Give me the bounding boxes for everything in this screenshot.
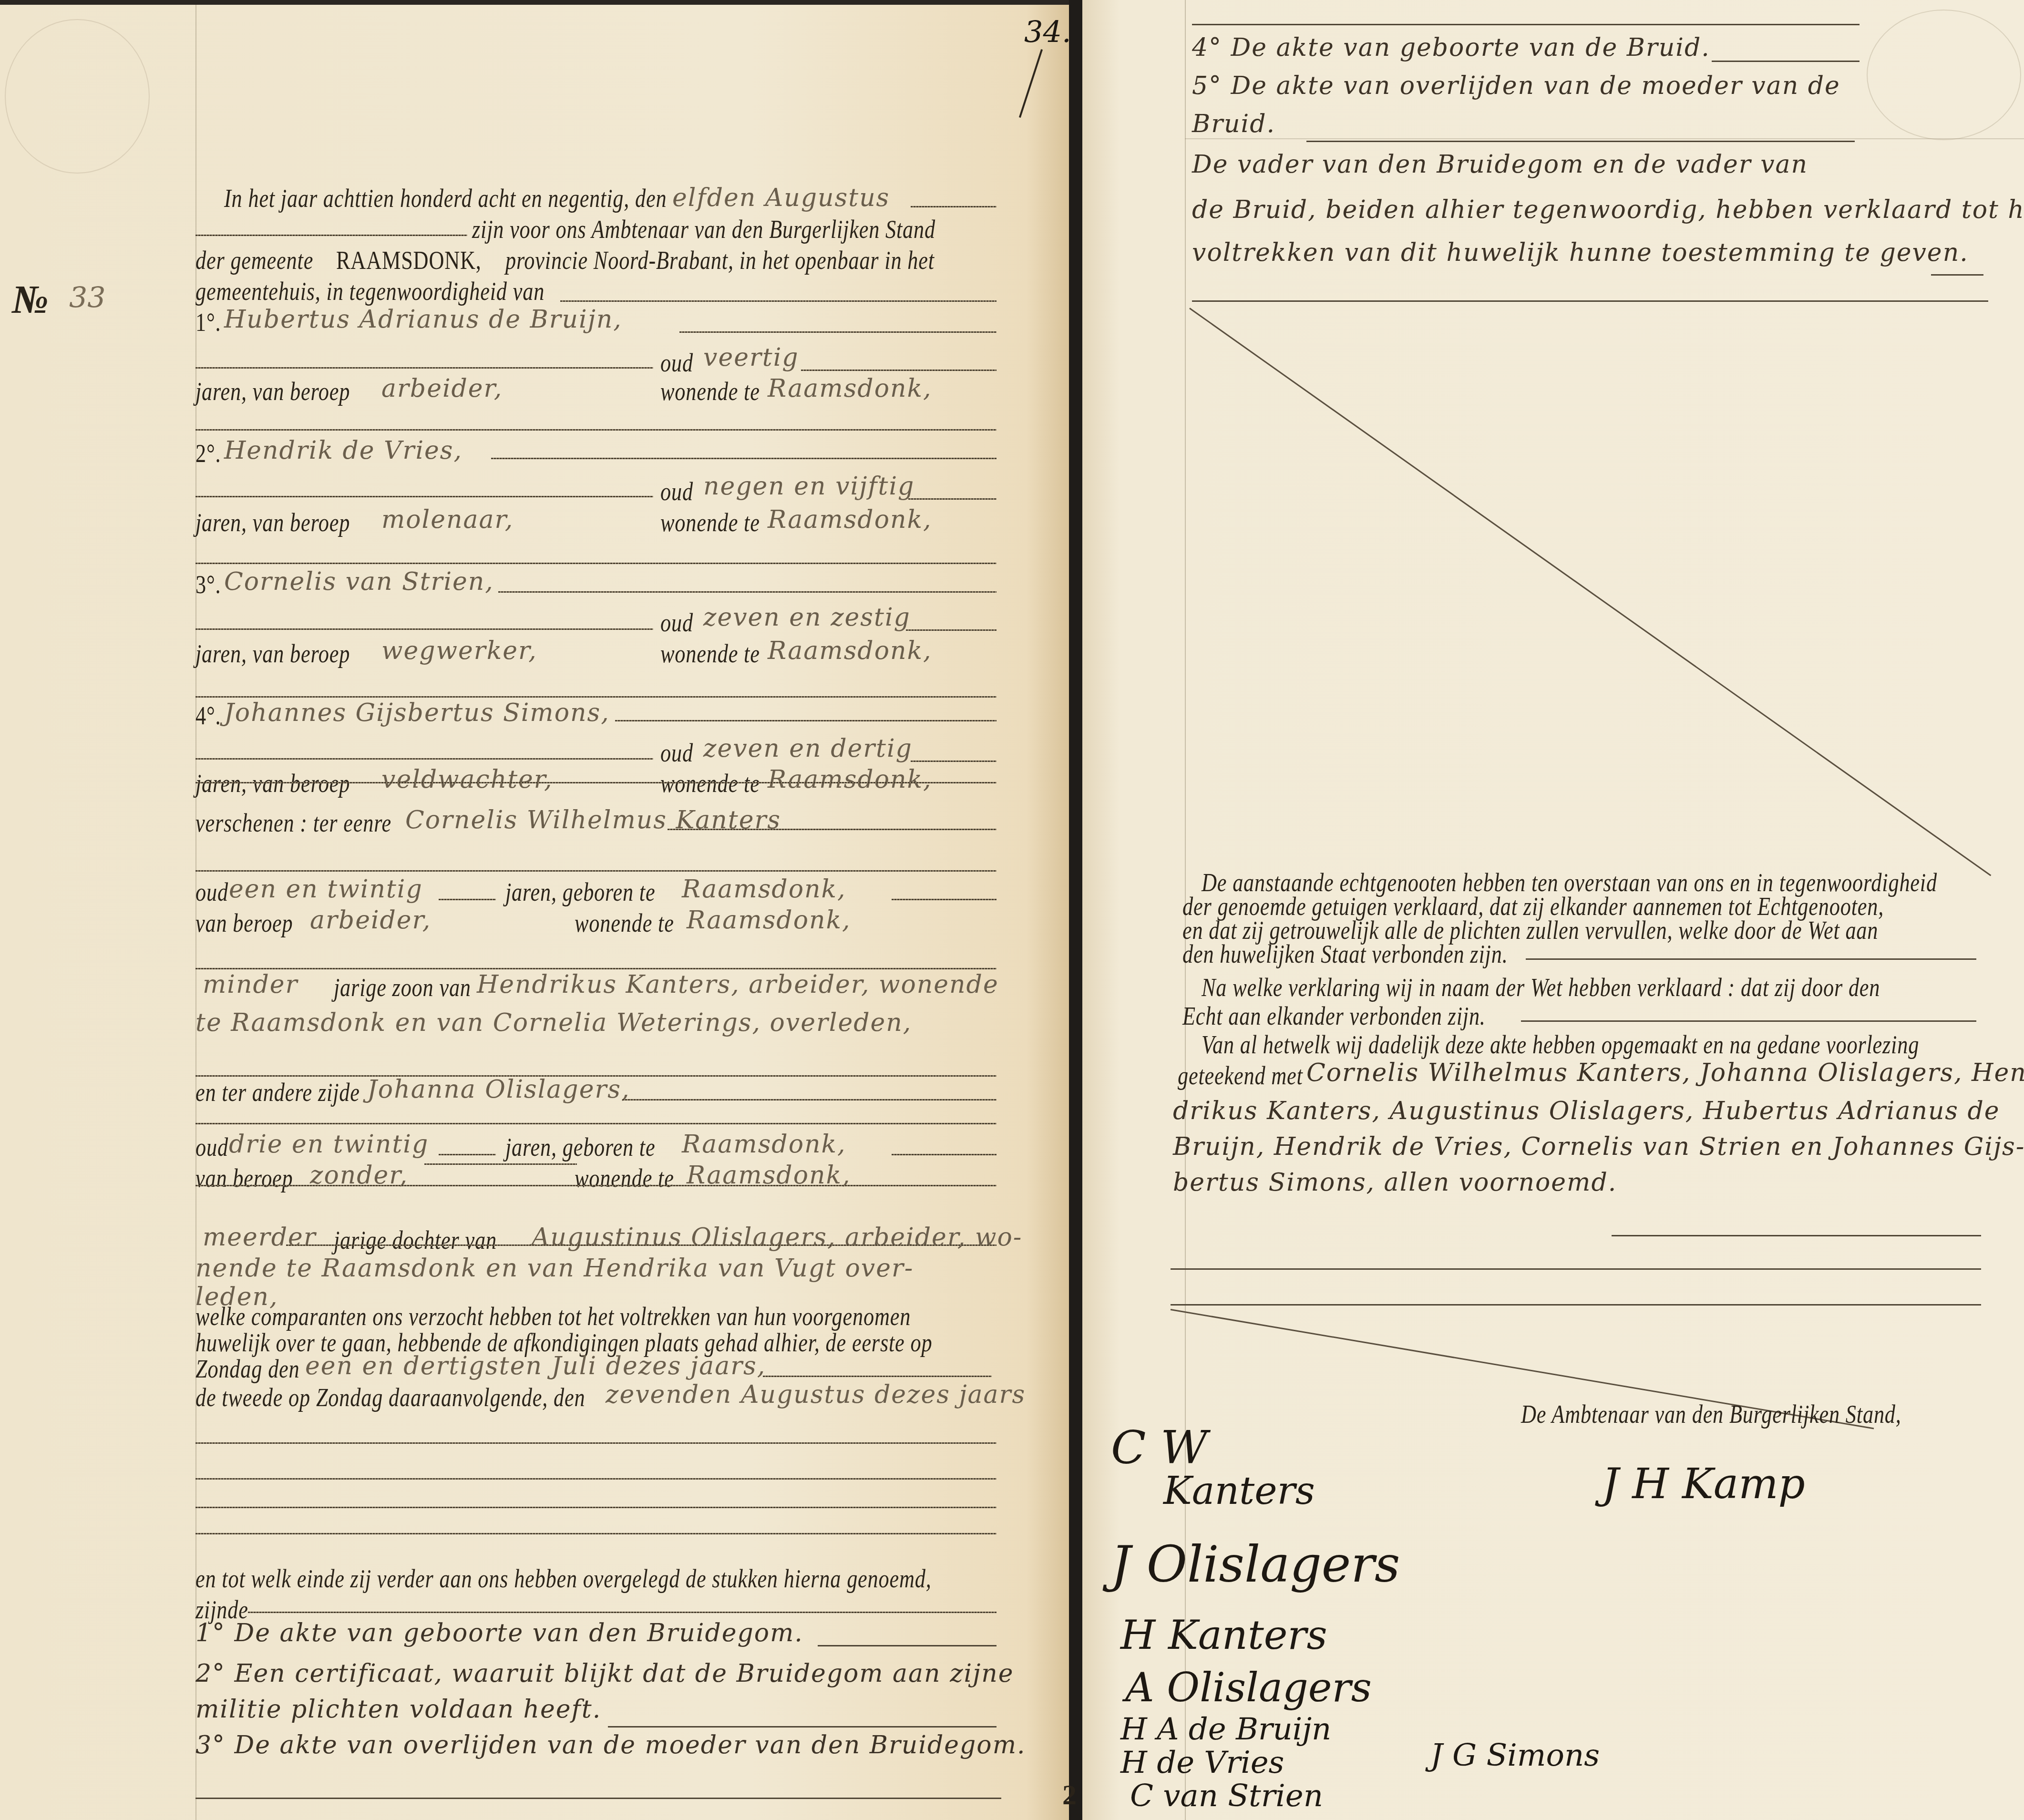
signatories-line-1: Cornelis Wilhelmus Kanters, Johanna Olis… — [1306, 1059, 2024, 1087]
witness-2-occupation: molenaar, — [381, 505, 514, 534]
first-banns-label: Zondag den — [195, 1354, 300, 1384]
residence-label: wonende te — [575, 908, 674, 938]
bride-majority: meerder — [203, 1223, 317, 1252]
pronouncement-line-2: Echt aan elkander verbonden zijn. — [1182, 1001, 1486, 1031]
fill-rule — [1171, 1268, 1981, 1270]
second-banns-date: zevenden Augustus dezes jaars — [606, 1380, 1026, 1409]
document-3: 3° De akte van overlijden van de moeder … — [195, 1731, 1026, 1759]
signature-bride-father: A Olislagers — [1125, 1664, 1372, 1711]
fill-rule — [1612, 1235, 1981, 1236]
municipality-name: RAAMSDONK, — [336, 246, 482, 275]
fill-rule — [439, 1154, 496, 1155]
witness-4-occupation: veldwachter, — [381, 765, 553, 794]
occupation-label: jaren, van beroep — [195, 769, 350, 798]
appeared-label: verschenen : ter eenre — [195, 808, 391, 838]
fill-rule — [1712, 61, 1860, 62]
age-label: oud — [660, 477, 693, 506]
fill-rule — [195, 1123, 997, 1124]
binding-edge — [0, 0, 1069, 5]
fill-rule — [248, 1612, 997, 1613]
witness-ordinal: 1°. — [195, 308, 221, 337]
fill-rule — [195, 1533, 997, 1534]
groom-majority: minder — [203, 970, 298, 999]
fill-rule — [286, 1244, 997, 1246]
age-label: oud — [660, 348, 693, 378]
document-4: 4° De akte van geboorte van de Bruid. — [1192, 33, 1710, 62]
witness-4-name: Johannes Gijsbertus Simons, — [224, 699, 610, 727]
groom-mother: te Raamsdonk en van Cornelia Weterings, … — [195, 1008, 912, 1037]
documents-intro: en tot welk einde zij verder aan ons heb… — [195, 1564, 932, 1594]
intro-line: In het jaar achttien honderd acht en neg… — [224, 184, 667, 213]
witness-1-residence: Raamsdonk, — [768, 374, 932, 403]
consent-line-3: voltrekken van dit huwelijk hunne toeste… — [1192, 238, 1969, 267]
fill-rule — [763, 1376, 992, 1377]
fill-rule — [195, 429, 997, 431]
act-number: 33 — [69, 281, 105, 315]
signature-witness-2: H de Vries — [1120, 1745, 1284, 1780]
bride-father: Augustinus Olislagers, arbeider, wo- — [532, 1223, 1022, 1252]
fill-rule — [906, 629, 997, 631]
bride-birthplace: Raamsdonk, — [682, 1130, 846, 1159]
other-party-label: en ter andere zijde — [195, 1078, 360, 1107]
residence-label: wonende te — [660, 377, 760, 406]
residence-label: wonende te — [660, 769, 760, 798]
witness-1-age: veertig — [703, 343, 799, 372]
birthplace-label: jaren, geboren te — [505, 877, 655, 907]
fill-rule — [195, 235, 467, 236]
bride-name: Johanna Olislagers, — [367, 1075, 630, 1104]
fill-rule — [195, 782, 997, 783]
marriage-date: elfden Augustus — [672, 184, 890, 212]
fill-rule — [195, 1507, 997, 1508]
fill-rule — [608, 1726, 997, 1727]
witness-3-name: Cornelis van Strien, — [224, 567, 494, 596]
municipality-post: provincie Noord-Brabant, in het openbaar… — [505, 246, 935, 275]
fill-rule — [439, 899, 496, 900]
official-title: De Ambtenaar van den Burgerlijken Stand, — [1521, 1399, 1901, 1429]
gutter-mark: 2 — [1062, 1779, 1077, 1811]
document-2-cont: militie plichten voldaan heeft. — [195, 1695, 601, 1724]
witness-3-occupation: wegwerker, — [381, 637, 537, 665]
signatories-line-4: bertus Simons, allen voornoemd. — [1173, 1168, 1617, 1197]
document-5: 5° De akte van overlijden van de moeder … — [1192, 72, 1840, 100]
witness-2-age: negen en vijftig — [703, 472, 914, 501]
fill-rule — [818, 1645, 997, 1646]
fill-rule — [195, 696, 997, 698]
fill-rule — [424, 1163, 577, 1165]
signatories-line-2: drikus Kanters, Augustinus Olislagers, H… — [1173, 1097, 2000, 1125]
book-gutter — [1069, 0, 1082, 1820]
fill-rule — [622, 1099, 997, 1100]
age-label: oud — [195, 1132, 228, 1162]
folio-number: 34. — [1024, 14, 1071, 49]
son-of-label: jarige zoon van — [334, 973, 471, 1002]
fill-rule — [195, 758, 653, 760]
signature-groom-father: H Kanters — [1120, 1612, 1327, 1658]
left-register-page: № 33 34. In het jaar achttien honderd ac… — [0, 0, 1069, 1820]
consent-line-1: De vader van den Bruidegom en de vader v… — [1192, 150, 1808, 179]
fill-rule — [195, 1798, 1001, 1799]
groom-father: Hendrikus Kanters, arbeider, wonende — [477, 970, 999, 999]
residence-label: wonende te — [660, 639, 760, 668]
witness-ordinal: 3°. — [195, 570, 221, 599]
second-banns-label: de tweede op Zondag daaraanvolgende, den — [195, 1383, 585, 1412]
official-line: zijn voor ons Ambtenaar van den Burgerli… — [472, 215, 935, 244]
fill-rule — [195, 367, 653, 369]
fill-rule — [1192, 24, 1860, 25]
document-2: 2° Een certificaat, waaruit blijkt dat d… — [195, 1659, 1014, 1688]
fill-rule — [668, 829, 997, 830]
consent-line-2: de Bruid, beiden alhier tegenwoordig, he… — [1192, 195, 2024, 224]
fill-rule — [195, 1185, 997, 1186]
groom-name: Cornelis Wilhelmus Kanters — [405, 806, 781, 834]
signature-groom: Kanters — [1163, 1469, 1315, 1513]
age-label: oud — [660, 738, 693, 768]
witness-4-residence: Raamsdonk, — [768, 765, 932, 794]
witness-3-age: zeven en zestig — [703, 603, 911, 632]
fill-rule — [195, 870, 997, 872]
witness-1-occupation: arbeider, — [381, 374, 503, 403]
embossed-seal-right — [1867, 10, 2021, 140]
groom-birthplace: Raamsdonk, — [682, 875, 846, 904]
residence-label: wonende te — [575, 1163, 674, 1193]
age-label: oud — [660, 608, 693, 638]
occupation-label: van beroep — [195, 1163, 293, 1193]
daughter-of-label: jarige dochter van — [334, 1225, 497, 1255]
fill-rule — [195, 968, 997, 969]
fill-rule — [1192, 300, 1988, 302]
act-number-label: № — [12, 277, 49, 323]
fill-rule — [195, 496, 653, 497]
fill-rule — [1931, 274, 1983, 276]
witness-2-name: Hendrik de Vries, — [224, 436, 462, 465]
witness-4-age: zeven en dertig — [703, 734, 913, 763]
fill-rule — [1526, 958, 1976, 960]
fill-rule — [491, 458, 997, 459]
witness-3-residence: Raamsdonk, — [768, 637, 932, 665]
occupation-label: jaren, van beroep — [195, 508, 350, 537]
signature-witness-4: J G Simons — [1430, 1738, 1600, 1773]
witness-ordinal: 4°. — [195, 701, 221, 730]
municipality-pre: der gemeente — [195, 246, 313, 275]
fill-rule — [892, 899, 997, 900]
signature-bride: J Olislagers — [1111, 1535, 1400, 1594]
fill-rule — [195, 628, 653, 630]
groom-residence: Raamsdonk, — [687, 906, 851, 935]
pronouncement-line-1: Na welke verklaring wij in naam der Wet … — [1202, 973, 1880, 1002]
fill-rule — [679, 331, 997, 333]
fill-rule — [801, 370, 997, 371]
declaration-line-4: den huwelijken Staat verbonden zijn. — [1182, 939, 1508, 969]
occupation-label: jaren, van beroep — [195, 639, 350, 668]
signature-witness-1: H A de Bruijn — [1120, 1712, 1331, 1747]
signature-witness-3: C van Strien — [1130, 1779, 1323, 1814]
age-label: oud — [195, 877, 228, 907]
fill-rule — [892, 1154, 997, 1155]
fill-rule — [911, 761, 997, 762]
signed-with-label: geteekend met — [1178, 1061, 1303, 1090]
fill-rule — [560, 300, 997, 302]
groom-occupation: arbeider, — [310, 906, 431, 935]
town-hall-line: gemeentehuis, in tegenwoordigheid van — [195, 277, 545, 306]
fill-rule — [908, 498, 997, 500]
birthplace-label: jaren, geboren te — [505, 1132, 655, 1162]
occupation-label: jaren, van beroep — [195, 377, 350, 406]
document-5-cont: Bruid. — [1192, 110, 1275, 138]
occupation-label: van beroep — [195, 908, 293, 938]
witness-1-name: Hubertus Adrianus de Bruijn, — [224, 305, 622, 334]
groom-age: een en twintig — [229, 875, 423, 904]
fill-rule — [195, 1478, 997, 1480]
fill-rule — [1306, 141, 1855, 142]
signature-official: J H Kamp — [1602, 1459, 1805, 1508]
fill-rule — [195, 1442, 997, 1444]
embossed-seal-left — [5, 19, 150, 174]
fill-rule — [1521, 1020, 1976, 1022]
residence-label: wonende te — [660, 508, 760, 537]
faint-rule — [1185, 138, 2024, 139]
fill-rule — [498, 591, 997, 593]
witness-ordinal: 2°. — [195, 439, 221, 468]
fill-rule — [1171, 1304, 1981, 1306]
fill-rule — [911, 206, 997, 207]
signature-groom-initials: C W — [1111, 1421, 1208, 1474]
signatories-line-3: Bruijn, Hendrik de Vries, Cornelis van S… — [1173, 1132, 2024, 1161]
fill-rule — [615, 720, 997, 721]
closing-line: Van al hetwelk wij dadelijk deze akte he… — [1202, 1030, 1919, 1059]
bride-age: drie en twintig — [229, 1130, 429, 1159]
request-line-1: welke comparanten ons verzocht hebben to… — [195, 1302, 911, 1331]
document-1: 1° De akte van geboorte van den Bruidego… — [195, 1619, 803, 1647]
bride-mother: nende te Raamsdonk en van Hendrika van V… — [195, 1254, 914, 1283]
fill-rule — [195, 563, 997, 564]
paraph-mark-icon — [1019, 49, 1043, 118]
witness-2-residence: Raamsdonk, — [768, 505, 932, 534]
first-banns-date: een en dertigsten Juli dezes jaars, — [305, 1352, 766, 1380]
